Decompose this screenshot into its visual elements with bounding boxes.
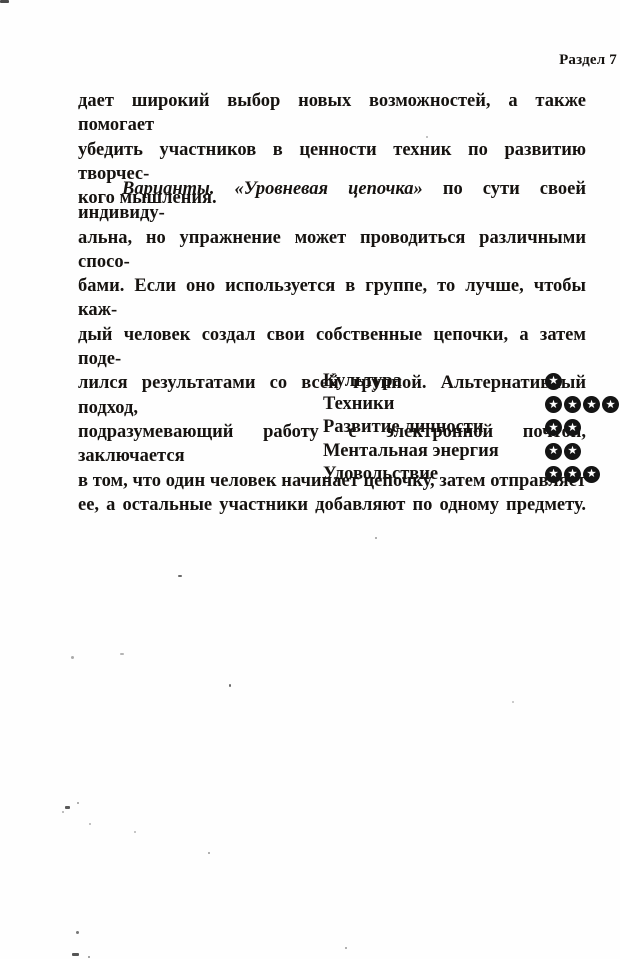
- scan-speck: [178, 575, 182, 577]
- rating-stars: ★★: [545, 443, 581, 460]
- scan-speck: [72, 953, 79, 956]
- text-line: Варианты. «Уровневая цепочка» по сути св…: [78, 177, 586, 226]
- ratings-list: Культура ★ Техники ★★★★ Развитие личност…: [323, 370, 620, 486]
- scan-speck: [120, 653, 124, 655]
- scan-speck: [0, 0, 9, 3]
- circled-star-icon: ★: [545, 396, 562, 413]
- text-line: альна, но упражнение может проводиться р…: [78, 226, 586, 275]
- scan-speck: [89, 823, 91, 825]
- scan-speck: [62, 811, 64, 813]
- section-header: Раздел 7: [559, 52, 617, 69]
- circled-star-icon: ★: [583, 466, 600, 483]
- rating-label: Техники: [323, 394, 545, 415]
- rating-label: Культура: [323, 371, 545, 392]
- rating-row: Культура ★: [323, 370, 620, 393]
- text-line: дый человек создал свои собственные цепо…: [78, 323, 586, 372]
- scan-speck: [375, 537, 377, 539]
- circled-star-icon: ★: [564, 466, 581, 483]
- circled-star-icon: ★: [545, 443, 562, 460]
- rating-row: Ментальная энергия ★★: [323, 440, 620, 463]
- rating-stars: ★★: [545, 419, 581, 436]
- variants-lead-italic: Варианты. «Уровневая цепочка»: [122, 179, 423, 199]
- scan-speck: [88, 956, 90, 958]
- rating-row: Техники ★★★★: [323, 393, 620, 416]
- scan-speck: [512, 701, 514, 703]
- scan-speck: [71, 656, 74, 659]
- circled-star-icon: ★: [602, 396, 619, 413]
- circled-star-icon: ★: [545, 373, 562, 390]
- rating-row: Удовольствие ★★★: [323, 463, 620, 486]
- circled-star-icon: ★: [564, 419, 581, 436]
- scan-speck: [77, 802, 79, 804]
- rating-label: Удовольствие: [323, 464, 545, 485]
- scan-speck: [426, 136, 428, 138]
- circled-star-icon: ★: [545, 419, 562, 436]
- rating-label: Ментальная энергия: [323, 441, 545, 462]
- rating-label: Развитие личности: [323, 417, 545, 438]
- text-line: ее, а остальные участники добавляют по о…: [78, 493, 586, 517]
- circled-star-icon: ★: [564, 396, 581, 413]
- circled-star-icon: ★: [564, 443, 581, 460]
- scan-speck: [345, 947, 347, 949]
- rating-stars: ★★★★: [545, 396, 619, 413]
- text-line: бами. Если оно используется в группе, то…: [78, 274, 586, 323]
- circled-star-icon: ★: [545, 466, 562, 483]
- rating-stars: ★★★: [545, 466, 600, 483]
- scan-speck: [134, 831, 136, 833]
- scan-speck: [65, 806, 70, 809]
- rating-stars: ★: [545, 373, 562, 390]
- scanned-book-page: Раздел 7 дает широкий выбор новых возмож…: [0, 0, 620, 959]
- scan-speck: [76, 931, 79, 934]
- rating-row: Развитие личности ★★: [323, 416, 620, 439]
- circled-star-icon: ★: [583, 396, 600, 413]
- text-line: дает широкий выбор новых возможностей, а…: [78, 89, 586, 138]
- scan-speck: [208, 852, 210, 854]
- scan-speck: [229, 684, 231, 687]
